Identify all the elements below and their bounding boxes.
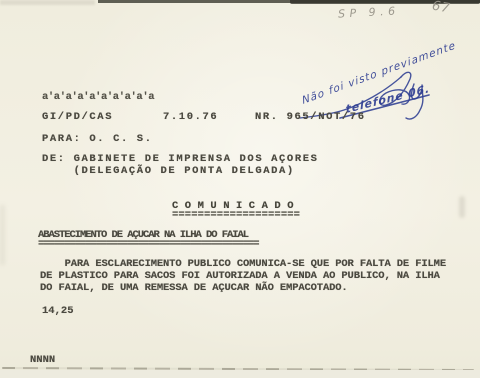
reference-code: GI/PD/CAS — [42, 112, 113, 124]
subject-underline: ========================================… — [38, 239, 259, 251]
transmission-time: 14,25 — [42, 306, 74, 318]
body-paragraph: PARA ESCLARECIMENTO PUBLICO COMUNICA-SE … — [40, 258, 446, 295]
signature-tail — [406, 84, 423, 119]
scan-smudge-top-left — [0, 0, 95, 5]
signature-loops — [380, 72, 411, 105]
sender-block: DE: GABINETE DE IMPRENSA DOS AÇORES (DEL… — [42, 154, 319, 177]
telex-end-marker: NNNN — [30, 355, 55, 367]
pencil-archive-code: SP 9.6 — [338, 4, 400, 20]
document-date: 7.10.76 — [163, 112, 218, 124]
scan-smudge-right — [459, 196, 465, 218]
document-number: NR. 965/NOT/76 — [255, 112, 366, 124]
title-underline: ==================== — [172, 210, 300, 222]
scan-background-bottom — [0, 370, 480, 378]
pencil-corner-mark: 67 — [431, 0, 452, 16]
scan-smudge-left — [0, 205, 5, 265]
pen-note-line1: Não foi visto previamente — [301, 39, 457, 107]
telex-separator: a'a'a'a'a'a'a'a'a'a — [42, 92, 154, 104]
scanned-telex-document: SP 9.6 67 Não foi visto previamente tele… — [0, 0, 480, 378]
recipient-line: PARA: O. C. S. — [42, 134, 153, 146]
handwritten-annotation: Não foi visto previamente telefone 06. — [0, 0, 480, 378]
